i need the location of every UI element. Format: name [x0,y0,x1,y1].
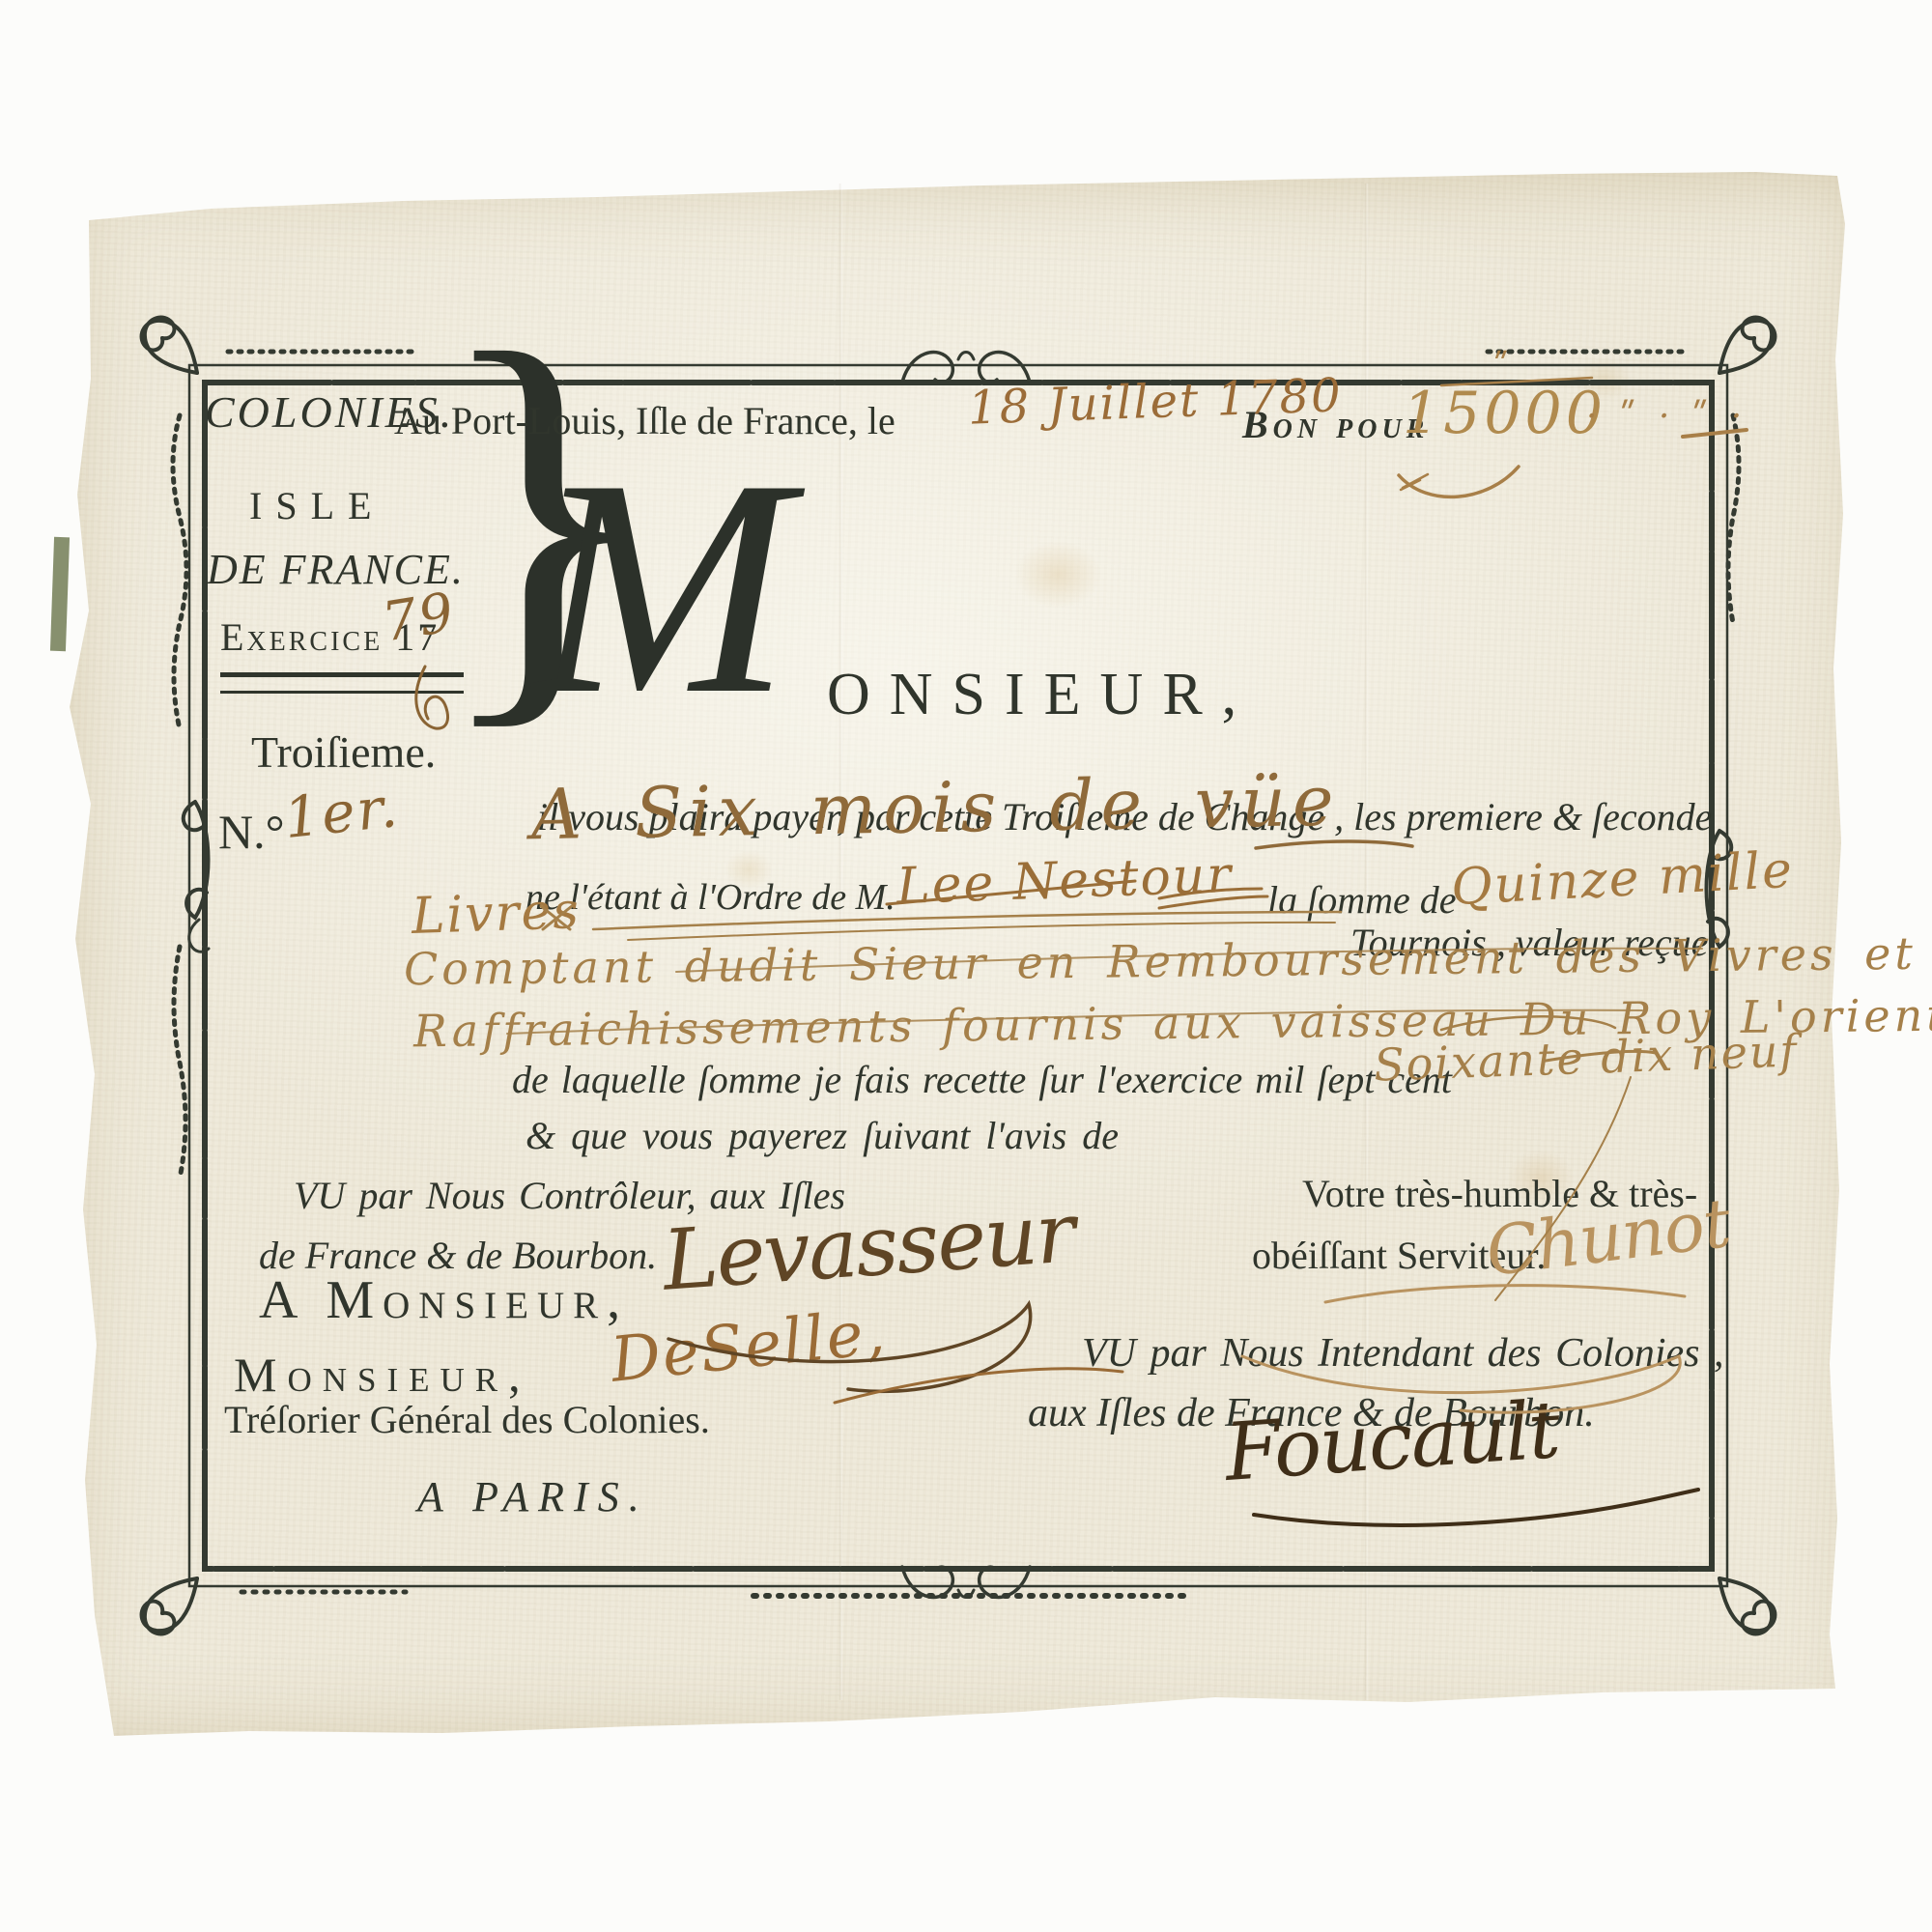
ink-flourishes [0,0,1932,1932]
scanned-bill-of-exchange: COLONIES. ISLE DE FRANCE. Exercice 17 } … [0,0,1932,1932]
